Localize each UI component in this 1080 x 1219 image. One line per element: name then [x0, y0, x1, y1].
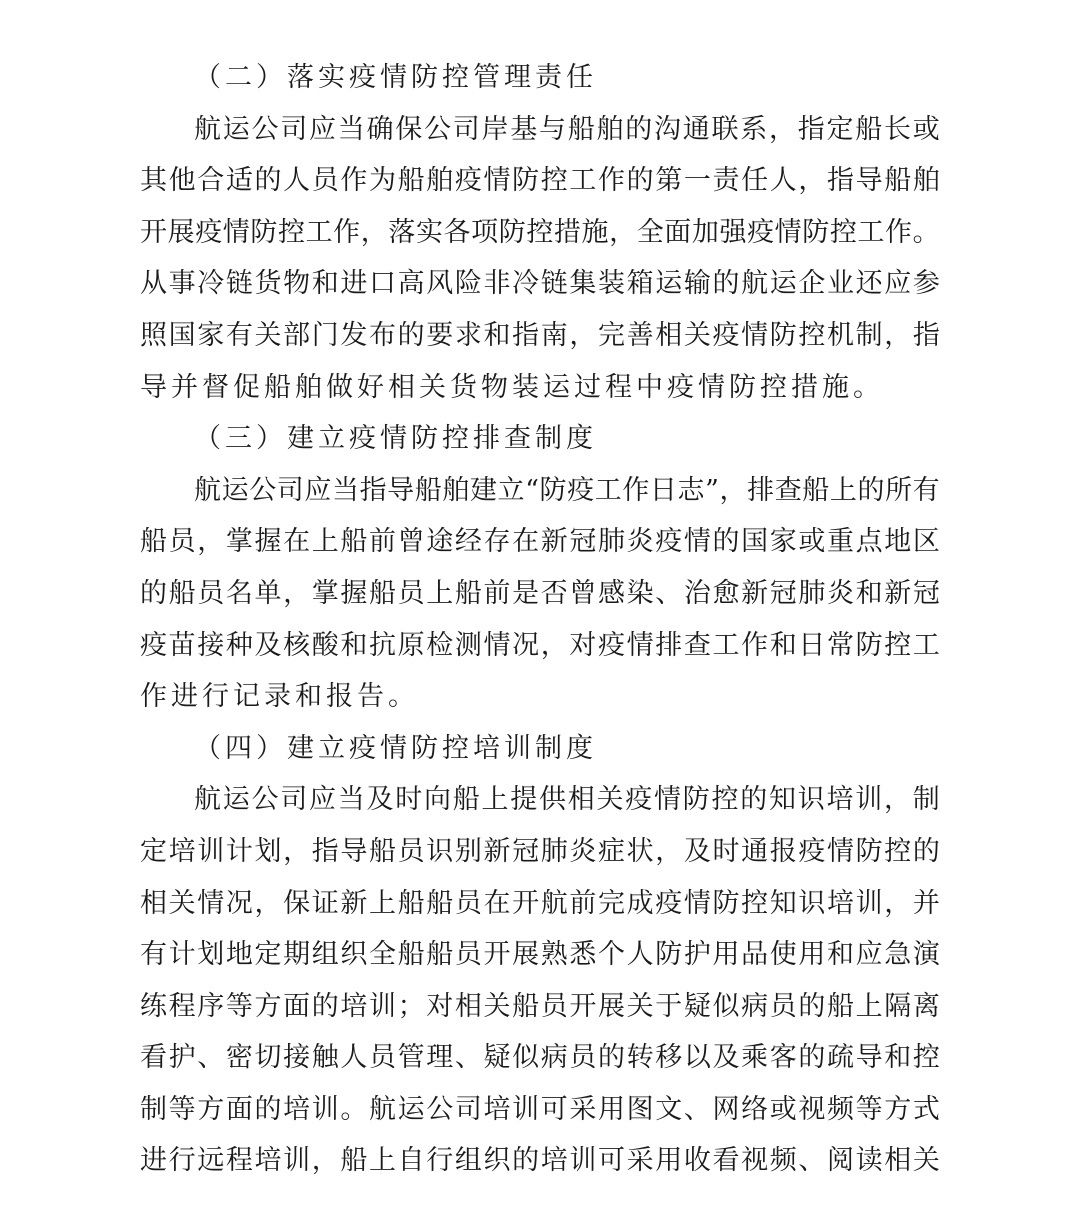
paragraph-line: 照国家有关部门发布的要求和指南，完善相关疫情防控机制，指 — [140, 310, 940, 362]
paragraph-line: 开展疫情防控工作，落实各项防控措施，全面加强疫情防控工作。 — [140, 207, 940, 259]
paragraph-line: 航运公司应当指导船舶建立“防疫工作日志”，排查船上的所有 — [140, 465, 940, 517]
section-heading: （三）建立疫情防控排查制度 — [140, 413, 940, 465]
paragraph-line: 相关情况，保证新上船船员在开航前完成疫情防控知识培训，并 — [140, 878, 940, 930]
paragraph-line: 疫苗接种及核酸和抗原检测情况，对疫情排查工作和日常防控工 — [140, 620, 940, 672]
paragraph-line: 航运公司应当及时向船上提供相关疫情防控的知识培训，制 — [140, 774, 940, 826]
paragraph-line: 制等方面的培训。航运公司培训可采用图文、网络或视频等方式 — [140, 1084, 940, 1136]
paragraph-line: 作进行记录和报告。 — [140, 671, 940, 723]
paragraph-line: 有计划地定期组织全船船员开展熟悉个人防护用品使用和应急演 — [140, 929, 940, 981]
paragraph-line: 从事冷链货物和进口高风险非冷链集装箱运输的航运企业还应参 — [140, 258, 940, 310]
paragraph-line: 进行远程培训，船上自行组织的培训可采用收看视频、阅读相关 — [140, 1135, 940, 1187]
section-heading: （四）建立疫情防控培训制度 — [140, 723, 940, 775]
paragraph-line: 导并督促船舶做好相关货物装运过程中疫情防控措施。 — [140, 362, 940, 414]
paragraph-line: 其他合适的人员作为船舶疫情防控工作的第一责任人，指导船舶 — [140, 155, 940, 207]
document-page: （二）落实疫情防控管理责任 航运公司应当确保公司岸基与船舶的沟通联系，指定船长或… — [140, 52, 940, 1187]
paragraph-line: 看护、密切接触人员管理、疑似病员的转移以及乘客的疏导和控 — [140, 1032, 940, 1084]
paragraph-line: 航运公司应当确保公司岸基与船舶的沟通联系，指定船长或 — [140, 104, 940, 156]
paragraph-line: 的船员名单，掌握船员上船前是否曾感染、治愈新冠肺炎和新冠 — [140, 568, 940, 620]
section-heading: （二）落实疫情防控管理责任 — [140, 52, 940, 104]
paragraph-line: 船员，掌握在上船前曾途经存在新冠肺炎疫情的国家或重点地区 — [140, 516, 940, 568]
paragraph-line: 定培训计划，指导船员识别新冠肺炎症状，及时通报疫情防控的 — [140, 826, 940, 878]
paragraph-line: 练程序等方面的培训；对相关船员开展关于疑似病员的船上隔离 — [140, 981, 940, 1033]
